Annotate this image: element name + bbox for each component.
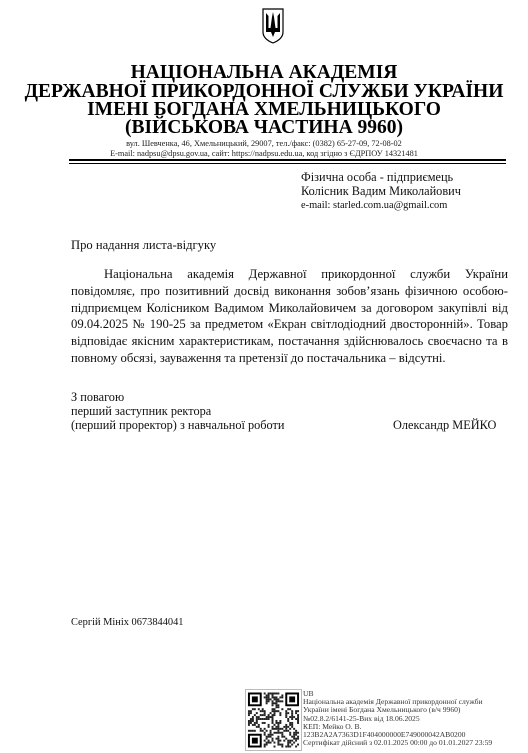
ukraine-trident-emblem-icon <box>261 8 285 44</box>
institution-name-line-4: (ВІЙСЬКОВА ЧАСТИНА 9960) <box>0 117 528 139</box>
header-divider-thick <box>69 159 506 161</box>
qr-code-icon <box>245 689 302 751</box>
recipient-name: Колісник Вадим Миколайович <box>301 184 461 198</box>
stamp-line: Сертифікат дійсний з 02.01.2025 00:00 до… <box>303 739 492 747</box>
signature-closing: З повагою <box>71 390 124 404</box>
letter-subject: Про надання листа-відгуку <box>71 238 216 253</box>
signer-name: Олександр МЕЙКО <box>393 418 496 433</box>
signature-position-line-2: (перший проректор) з навчальної роботи <box>71 418 284 432</box>
institution-address: вул. Шевченка, 46, Хмельницький, 29007, … <box>0 139 528 148</box>
letter-body: Національна академія Державної прикордон… <box>71 266 508 367</box>
header-divider-thin <box>69 163 506 164</box>
institution-contacts: E-mail: nadpsu@dpsu.gov.ua, сайт: https:… <box>0 149 528 158</box>
recipient-type: Фізична особа - підприємець <box>301 170 453 184</box>
contact-person: Сергій Мініх 0673844041 <box>71 617 184 628</box>
recipient-email: e-mail: starled.com.ua@gmail.com <box>301 199 447 213</box>
signature-position-line-1: перший заступник ректора <box>71 404 211 418</box>
digital-signature-stamp: UB Національна академія Державної прикор… <box>303 690 492 747</box>
